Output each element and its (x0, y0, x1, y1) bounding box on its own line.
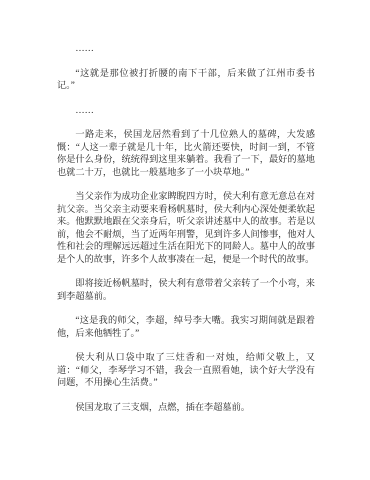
paragraph-ellipsis-2: …… (57, 104, 315, 117)
paragraph-narrative-3: 即将接近杨帆墓时，侯大利有意带着父亲转了一个小弯，来到李超墓前。 (57, 277, 315, 302)
paragraph-ellipsis-1: …… (57, 42, 315, 55)
paragraph-narrative-5: 侯国龙取了三支烟，点燃，插在李超墓前。 (57, 401, 315, 414)
paragraph-narrative-2: 当父亲作为成功企业家睥睨四方时，侯大利有意无意总在对抗父亲。当父亲主动要来看杨帆… (57, 190, 315, 265)
paragraph-narrative-1: 一路走来，侯国龙居然看到了十几位熟人的墓碑，大发感慨：“人这一辈子就是几十年，比… (57, 128, 315, 178)
paragraph-narrative-4: 侯大利从口袋中取了三炷香和一对烛，给师父敬上，又道：“师父，李琴学习不错，我会一… (57, 351, 315, 389)
paragraph-dialogue-2: “这是我的师父，李超，绰号李大嘴。我实习期间就是跟着他，后来他牺牲了。” (57, 314, 315, 339)
paragraph-dialogue-1: “这就是那位被打折腰的南下干部，后来做了江州市委书记。” (57, 67, 315, 92)
book-page: …… “这就是那位被打折腰的南下干部，后来做了江州市委书记。” …… 一路走来，… (0, 0, 370, 480)
